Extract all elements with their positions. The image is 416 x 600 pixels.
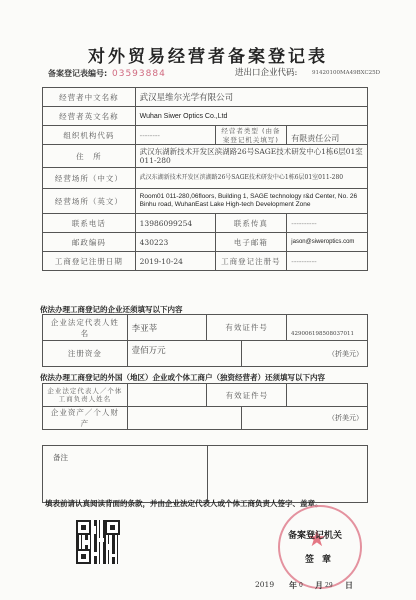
- enterprise-code-value: 91420100MA49BXC25D: [312, 70, 380, 76]
- table-row: 企业法定代表人／个体工商负责人姓名 有效证件号: [43, 384, 368, 407]
- postal-code-label: 邮政编码: [43, 233, 136, 252]
- table-row: 经营者英文名称 Wuhan Siwer Optics Co.,Ltd: [43, 107, 368, 126]
- id-number-label: 有效证件号: [207, 384, 287, 407]
- table-row: 经营场所（中文） 武汉东湖新技术开发区滨湖路26号SAGE技术研发中心1栋6层0…: [43, 168, 368, 189]
- main-info-table: 经营者中文名称 武汉星维尔光学有限公司 经营者英文名称 Wuhan Siwer …: [42, 87, 368, 271]
- notice-text: 填表前请认真阅读背面的条款，并由企业法定代表人或个体工商负责人签字、盖章。: [45, 498, 323, 509]
- authority-label: 备案登记机关: [288, 528, 342, 541]
- legal-rep-value: 李亚莘: [127, 315, 207, 341]
- table-row: 住 所 武汉东湖新技术开发区滨湖路26号SAGE技术研发中心1栋6层01室011…: [43, 145, 368, 168]
- address-value: 武汉东湖新技术开发区滨湖路26号SAGE技术研发中心1栋6层01室011-280: [135, 145, 367, 168]
- id-number-value: [287, 384, 368, 407]
- table-row: 企业法定代表人姓名 李亚莘 有效证件号 429006198508037011: [43, 315, 368, 341]
- registration-number-value: 03593884: [112, 69, 166, 79]
- section3-table: 企业法定代表人／个体工商负责人姓名 有效证件号 企业资产／个人财产 （折美元）: [42, 383, 368, 430]
- reg-number-value: ----------: [287, 252, 368, 271]
- date-month: 0: [299, 582, 303, 589]
- remarks-table: 备注: [42, 445, 368, 503]
- registration-number-line: 备案登记表编号: 03593884: [48, 68, 166, 79]
- table-row: 经营场所（英文） Room01 011-280,06floors, Buildi…: [43, 189, 368, 214]
- email-value: jason@siweroptics.com: [287, 233, 368, 252]
- remarks-value: [207, 446, 367, 503]
- registration-number-label: 备案登记表编号:: [48, 69, 107, 78]
- operator-type-label: 经营者类型 (由备案登记机关填写): [215, 126, 287, 145]
- email-label: 电子邮箱: [215, 233, 287, 252]
- seal-label: 签章: [305, 552, 339, 565]
- en-name-value: Wuhan Siwer Optics Co.,Ltd: [135, 107, 367, 126]
- premises-cn-label: 经营场所（中文）: [43, 168, 136, 189]
- reg-date-label: 工商登记注册日期: [43, 252, 136, 271]
- org-code-label: 组织机构代码: [43, 126, 136, 145]
- table-row: 联系电话 13986099254 联系传真 ----------: [43, 214, 368, 233]
- org-code-value: --------: [135, 126, 215, 145]
- address-label: 住 所: [43, 145, 136, 168]
- capital-value: 壹佰万元: [127, 341, 242, 367]
- date-year-char: 年: [289, 580, 297, 591]
- postal-code-value: 430223: [135, 233, 215, 252]
- date-day-char: 日: [345, 580, 353, 591]
- en-name-label: 经营者英文名称: [43, 107, 136, 126]
- date-day: 29: [325, 582, 333, 589]
- operator-type-value: 有限责任公司: [287, 126, 368, 145]
- table-row: 企业资产／个人财产 （折美元）: [43, 407, 368, 430]
- rep-name-label: 企业法定代表人／个体工商负责人姓名: [43, 384, 128, 407]
- assets-value: [127, 407, 242, 430]
- official-seal: ★: [278, 505, 362, 589]
- date-year: 2019: [255, 580, 274, 589]
- premises-en-label: 经营场所（英文）: [43, 189, 136, 214]
- remarks-label: 备注: [43, 446, 208, 503]
- table-row: 工商登记注册日期 2019-10-24 工商登记注册号 ----------: [43, 252, 368, 271]
- id-number-value: 429006198508037011: [287, 315, 368, 341]
- cn-name-label: 经营者中文名称: [43, 88, 136, 107]
- reg-date-value: 2019-10-24: [135, 252, 215, 271]
- rep-name-value: [127, 384, 207, 407]
- qr-code-icon: [76, 520, 120, 564]
- cn-name-value: 武汉星维尔光学有限公司: [135, 88, 367, 107]
- capital-label: 注册资金: [43, 341, 128, 367]
- phone-value: 13986099254: [135, 214, 215, 233]
- table-row: 注册资金 壹佰万元 （折美元）: [43, 341, 368, 367]
- fax-label: 联系传真: [215, 214, 287, 233]
- premises-cn-value: 武汉东湖新技术开发区滨湖路26号SAGE技术研发中心1栋6层01室011-280: [135, 168, 367, 189]
- enterprise-code-label: 进出口企业代码:: [235, 66, 297, 78]
- id-number-label: 有效证件号: [207, 315, 287, 341]
- reg-number-label: 工商登记注册号: [215, 252, 287, 271]
- table-row: 经营者中文名称 武汉星维尔光学有限公司: [43, 88, 368, 107]
- legal-rep-label: 企业法定代表人姓名: [43, 315, 128, 341]
- date-month-char: 月: [315, 580, 323, 591]
- premises-en-value: Room01 011-280,06floors, Building 1, SAG…: [135, 189, 367, 214]
- section2-table: 企业法定代表人姓名 李亚莘 有效证件号 429006198508037011 注…: [42, 314, 368, 367]
- table-row: 备注: [43, 446, 368, 503]
- table-row: 组织机构代码 -------- 经营者类型 (由备案登记机关填写) 有限责任公司: [43, 126, 368, 145]
- table-row: 邮政编码 430223 电子邮箱 jason@siweroptics.com: [43, 233, 368, 252]
- assets-label: 企业资产／个人财产: [43, 407, 128, 430]
- assets-usd-note: （折美元）: [242, 407, 368, 430]
- phone-label: 联系电话: [43, 214, 136, 233]
- document-title: 对外贸易经营者备案登记表: [0, 42, 416, 67]
- capital-usd-note: （折美元）: [242, 341, 368, 367]
- fax-value: ----------: [287, 214, 368, 233]
- section3-heading: 依法办理工商登记的外国（地区）企业或个体工商户（独资经营者）还须填写以下内容: [40, 372, 325, 383]
